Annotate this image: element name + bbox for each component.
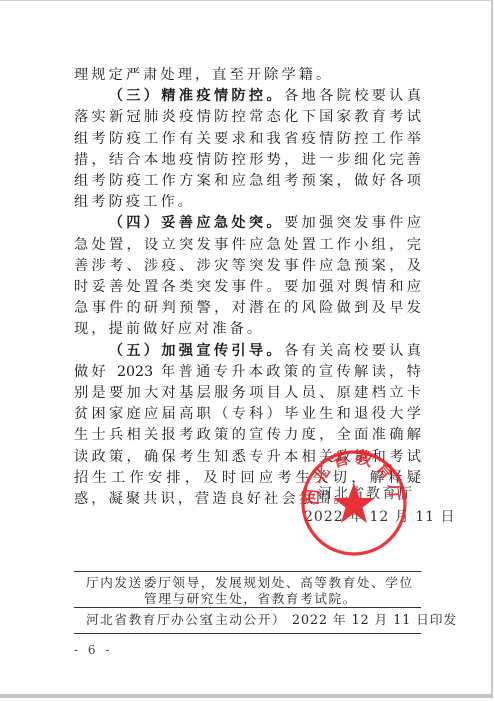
official-seal: 河北省教育厅 (300, 449, 408, 557)
document-body: 理规定严肃处理，直至开除学籍。 （三）精准疫情防控。各地各院校要认真落实新冠肺炎… (74, 65, 424, 510)
year-value: 2023 (117, 364, 153, 380)
footer-divider-middle (74, 607, 421, 608)
distribution-recipients: 委厅领导，发展规划处、高等教育处、学位管理与研究生处，省教育考试院。 (144, 575, 424, 606)
footer-divider-bottom (74, 633, 421, 634)
star-icon (333, 483, 375, 523)
section-heading: （四）妥善应急处突。 (109, 215, 284, 231)
paragraph-continuation: 理规定严肃处理，直至开除学籍。 (74, 65, 424, 86)
paragraph-text: 理规定严肃处理，直至开除学籍。 (74, 67, 333, 83)
section-heading: （五）加强宣传引导。 (109, 343, 284, 359)
disclosure-status: （主动公开） (201, 612, 286, 628)
issue-date: 2022 年 12 月 11 日印发 (292, 612, 457, 628)
paragraph-text: 各地各院校要认真落实新冠肺炎疫情防控常态化下国家教育考试组考防疫工作有关要求和我… (74, 88, 424, 210)
paragraph-emergency-response: （四）妥善应急处突。要加强突发事件应急处置，设立突发事件应急处置工作小组，完善涉… (74, 213, 424, 340)
section-heading: （三）精准疫情防控。 (109, 88, 284, 104)
footer-divider-top (74, 571, 421, 572)
paragraph-epidemic-control: （三）精准疫情防控。各地各院校要认真落实新冠肺炎疫情防控常态化下国家教育考试组考… (74, 86, 424, 213)
paragraph-text: 要加强突发事件应急处置，设立突发事件应急处置工作小组，完善涉考、涉疫、涉灾等突发… (74, 215, 424, 337)
issuer-name: 河北省教育厅办公室 (86, 612, 214, 628)
page-number: - 6 - (74, 643, 112, 657)
